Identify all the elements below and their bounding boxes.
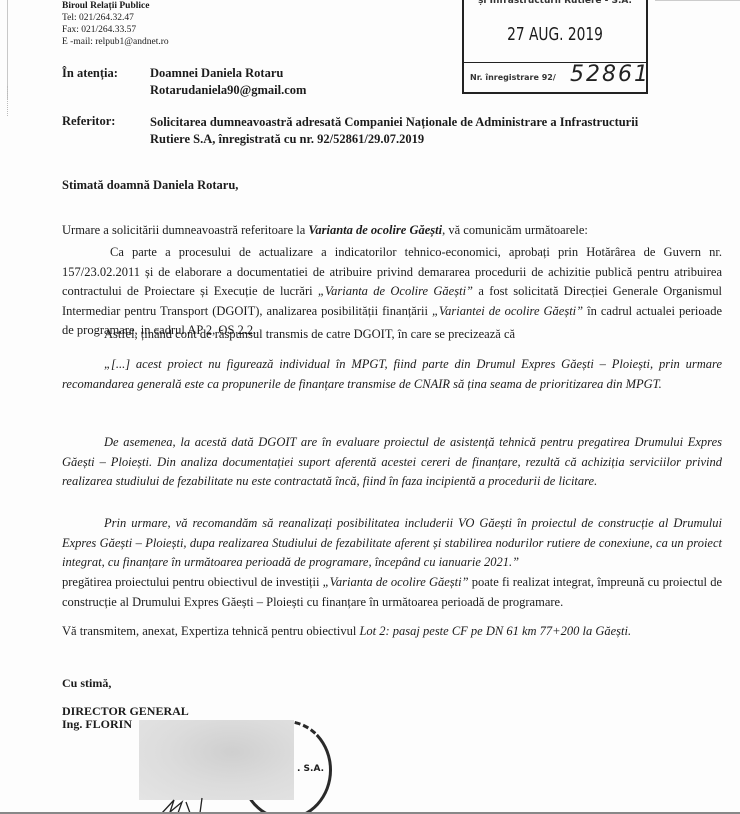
sender-contact-block: Biroul Relații Publice Tel: 021/264.32.4… xyxy=(62,0,169,48)
sender-phone: Tel: 021/264.32.47 xyxy=(62,12,169,24)
p1-project-name-2: „Variantei de ocolire Găești” xyxy=(432,304,583,318)
header-rule xyxy=(655,0,740,1)
reference-block: Solicitarea dumneavoastră adresată Compa… xyxy=(150,114,638,148)
reference-line-1: Solicitarea dumneavoastră adresată Compa… xyxy=(150,114,638,131)
q2-text: De asemenea, la acestă dată DGOIT are în… xyxy=(62,435,722,488)
registration-number: 52861 xyxy=(570,62,650,87)
margin-dots xyxy=(7,86,9,116)
redacted-signature-area xyxy=(139,720,294,800)
quote-paragraph-1: „[...] acest proiect nu figurează indivi… xyxy=(62,355,722,394)
p1-project-name: „Varianta de Ocolire Găești” xyxy=(318,284,473,298)
intro-project-name: Varianta de ocolire Găești xyxy=(308,223,442,237)
stamp-header: și Infrastructurii Rutiere - S.A. xyxy=(464,0,646,6)
sender-department: Biroul Relații Publice xyxy=(62,0,169,12)
closing-regards: Cu stimă, xyxy=(62,676,111,690)
p2-text: Astfel, ținând cont de răspunsul transmi… xyxy=(104,327,515,341)
registration-stamp: și Infrastructurii Rutiere - S.A. 27 AUG… xyxy=(462,0,648,94)
attention-block: Doamnei Daniela Rotaru Rotarudaniela90@g… xyxy=(150,65,306,99)
p3-project-name: „Varianta de ocolire Găești” xyxy=(323,575,469,589)
margin-rule xyxy=(7,0,8,100)
intro-text: Urmare a solicitării dumneavoastră refer… xyxy=(62,223,308,237)
paragraph-3: pregătirea proiectului pentru obiectivul… xyxy=(62,573,722,612)
attention-name: Doamnei Daniela Rotaru xyxy=(150,65,306,82)
attention-email: Rotarudaniela90@gmail.com xyxy=(150,82,306,99)
intro-paragraph: Urmare a solicitării dumneavoastră refer… xyxy=(62,221,722,241)
sender-email: E -mail: relpub1@andnet.ro xyxy=(62,36,169,48)
quote-paragraph-2: De asemenea, la acestă dată DGOIT are în… xyxy=(62,433,722,492)
stamp-date: 27 AUG. 2019 xyxy=(478,24,633,45)
paragraph-2: Astfel, ținând cont de răspunsul transmi… xyxy=(62,325,722,345)
p4-text-a: Vă transmitem, anexat, Expertiza tehnică… xyxy=(62,624,359,638)
attention-label: În atenția: xyxy=(62,66,118,81)
q1-text: „[...] acest proiect nu figurează indivi… xyxy=(62,357,722,391)
sender-fax: Fax: 021/264.33.57 xyxy=(62,24,169,36)
intro-text-end: , vă comunicăm următoarele: xyxy=(442,223,588,237)
paragraph-4: Vă transmitem, anexat, Expertiza tehnică… xyxy=(62,622,722,642)
registration-label: Nr. înregistrare 92/ xyxy=(470,73,556,82)
p3-text-a: pregătirea proiectului pentru obiectivul… xyxy=(62,575,323,589)
salutation: Stimată doamnă Daniela Rotaru, xyxy=(62,178,238,193)
q3-text: Prin urmare, vă recomandăm să reanalizaț… xyxy=(62,516,722,569)
signatory-title: DIRECTOR GENERAL xyxy=(62,704,189,718)
reference-label: Referitor: xyxy=(62,114,115,129)
reference-line-2: Rutiere S.A, înregistrată cu nr. 92/5286… xyxy=(150,131,638,148)
signatory-name: Ing. FLORIN xyxy=(62,717,132,731)
seal-text: . S.A. xyxy=(297,764,324,774)
letter-page: Biroul Relații Publice Tel: 021/264.32.4… xyxy=(0,0,740,814)
p4-annex-title: Lot 2: pasaj peste CF pe DN 61 km 77+200… xyxy=(359,624,631,638)
quote-paragraph-3: Prin urmare, vă recomandăm să reanalizaț… xyxy=(62,514,722,573)
